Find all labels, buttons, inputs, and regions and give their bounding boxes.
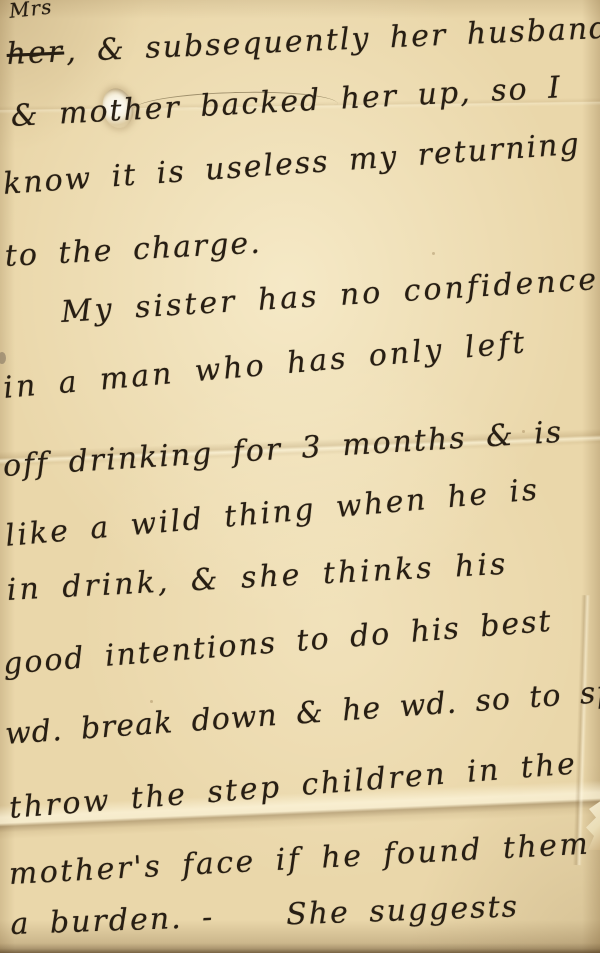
paper-speck xyxy=(150,700,153,703)
handwritten-line-8: like a wild thing when he is xyxy=(4,473,541,554)
handwritten-line-13: mother's face if he found them xyxy=(8,828,591,893)
handwritten-line-4: to the charge. xyxy=(4,227,263,275)
handwritten-line-11: wd. break down & he wd. so to speak xyxy=(4,671,600,752)
handwritten-line-1: her, & subsequently her husband xyxy=(6,12,600,73)
handwritten-line-9: in drink, & she thinks his xyxy=(6,548,509,609)
line-text: a burden. - xyxy=(10,900,215,942)
struck-out-word: her xyxy=(6,34,65,71)
handwritten-line-5: My sister has no confidence xyxy=(60,263,600,330)
fold-crease-right-vertical xyxy=(573,595,590,865)
handwritten-line-3: know it is useless my returning xyxy=(2,128,582,203)
paper-speck xyxy=(432,252,435,255)
top-annotation: Mrs xyxy=(8,0,53,23)
handwritten-line-14: a burden. -She suggests xyxy=(10,890,520,942)
handwritten-line-2: & mother backed her up, so I xyxy=(10,71,563,134)
handwritten-line-10: good intentions to do his best xyxy=(2,605,554,683)
left-edge-mark xyxy=(0,352,6,364)
handwritten-line-6: in a man who has only left xyxy=(2,326,529,406)
letter-page: Mrs her, & subsequently her husband & mo… xyxy=(0,0,600,953)
line-text-after-gap: She suggests xyxy=(286,889,520,932)
page-bottom-edge-shadow xyxy=(0,943,600,953)
line-text: , & subsequently her husband xyxy=(65,11,600,70)
handwritten-line-7: off drinking for 3 months & is xyxy=(2,416,564,485)
